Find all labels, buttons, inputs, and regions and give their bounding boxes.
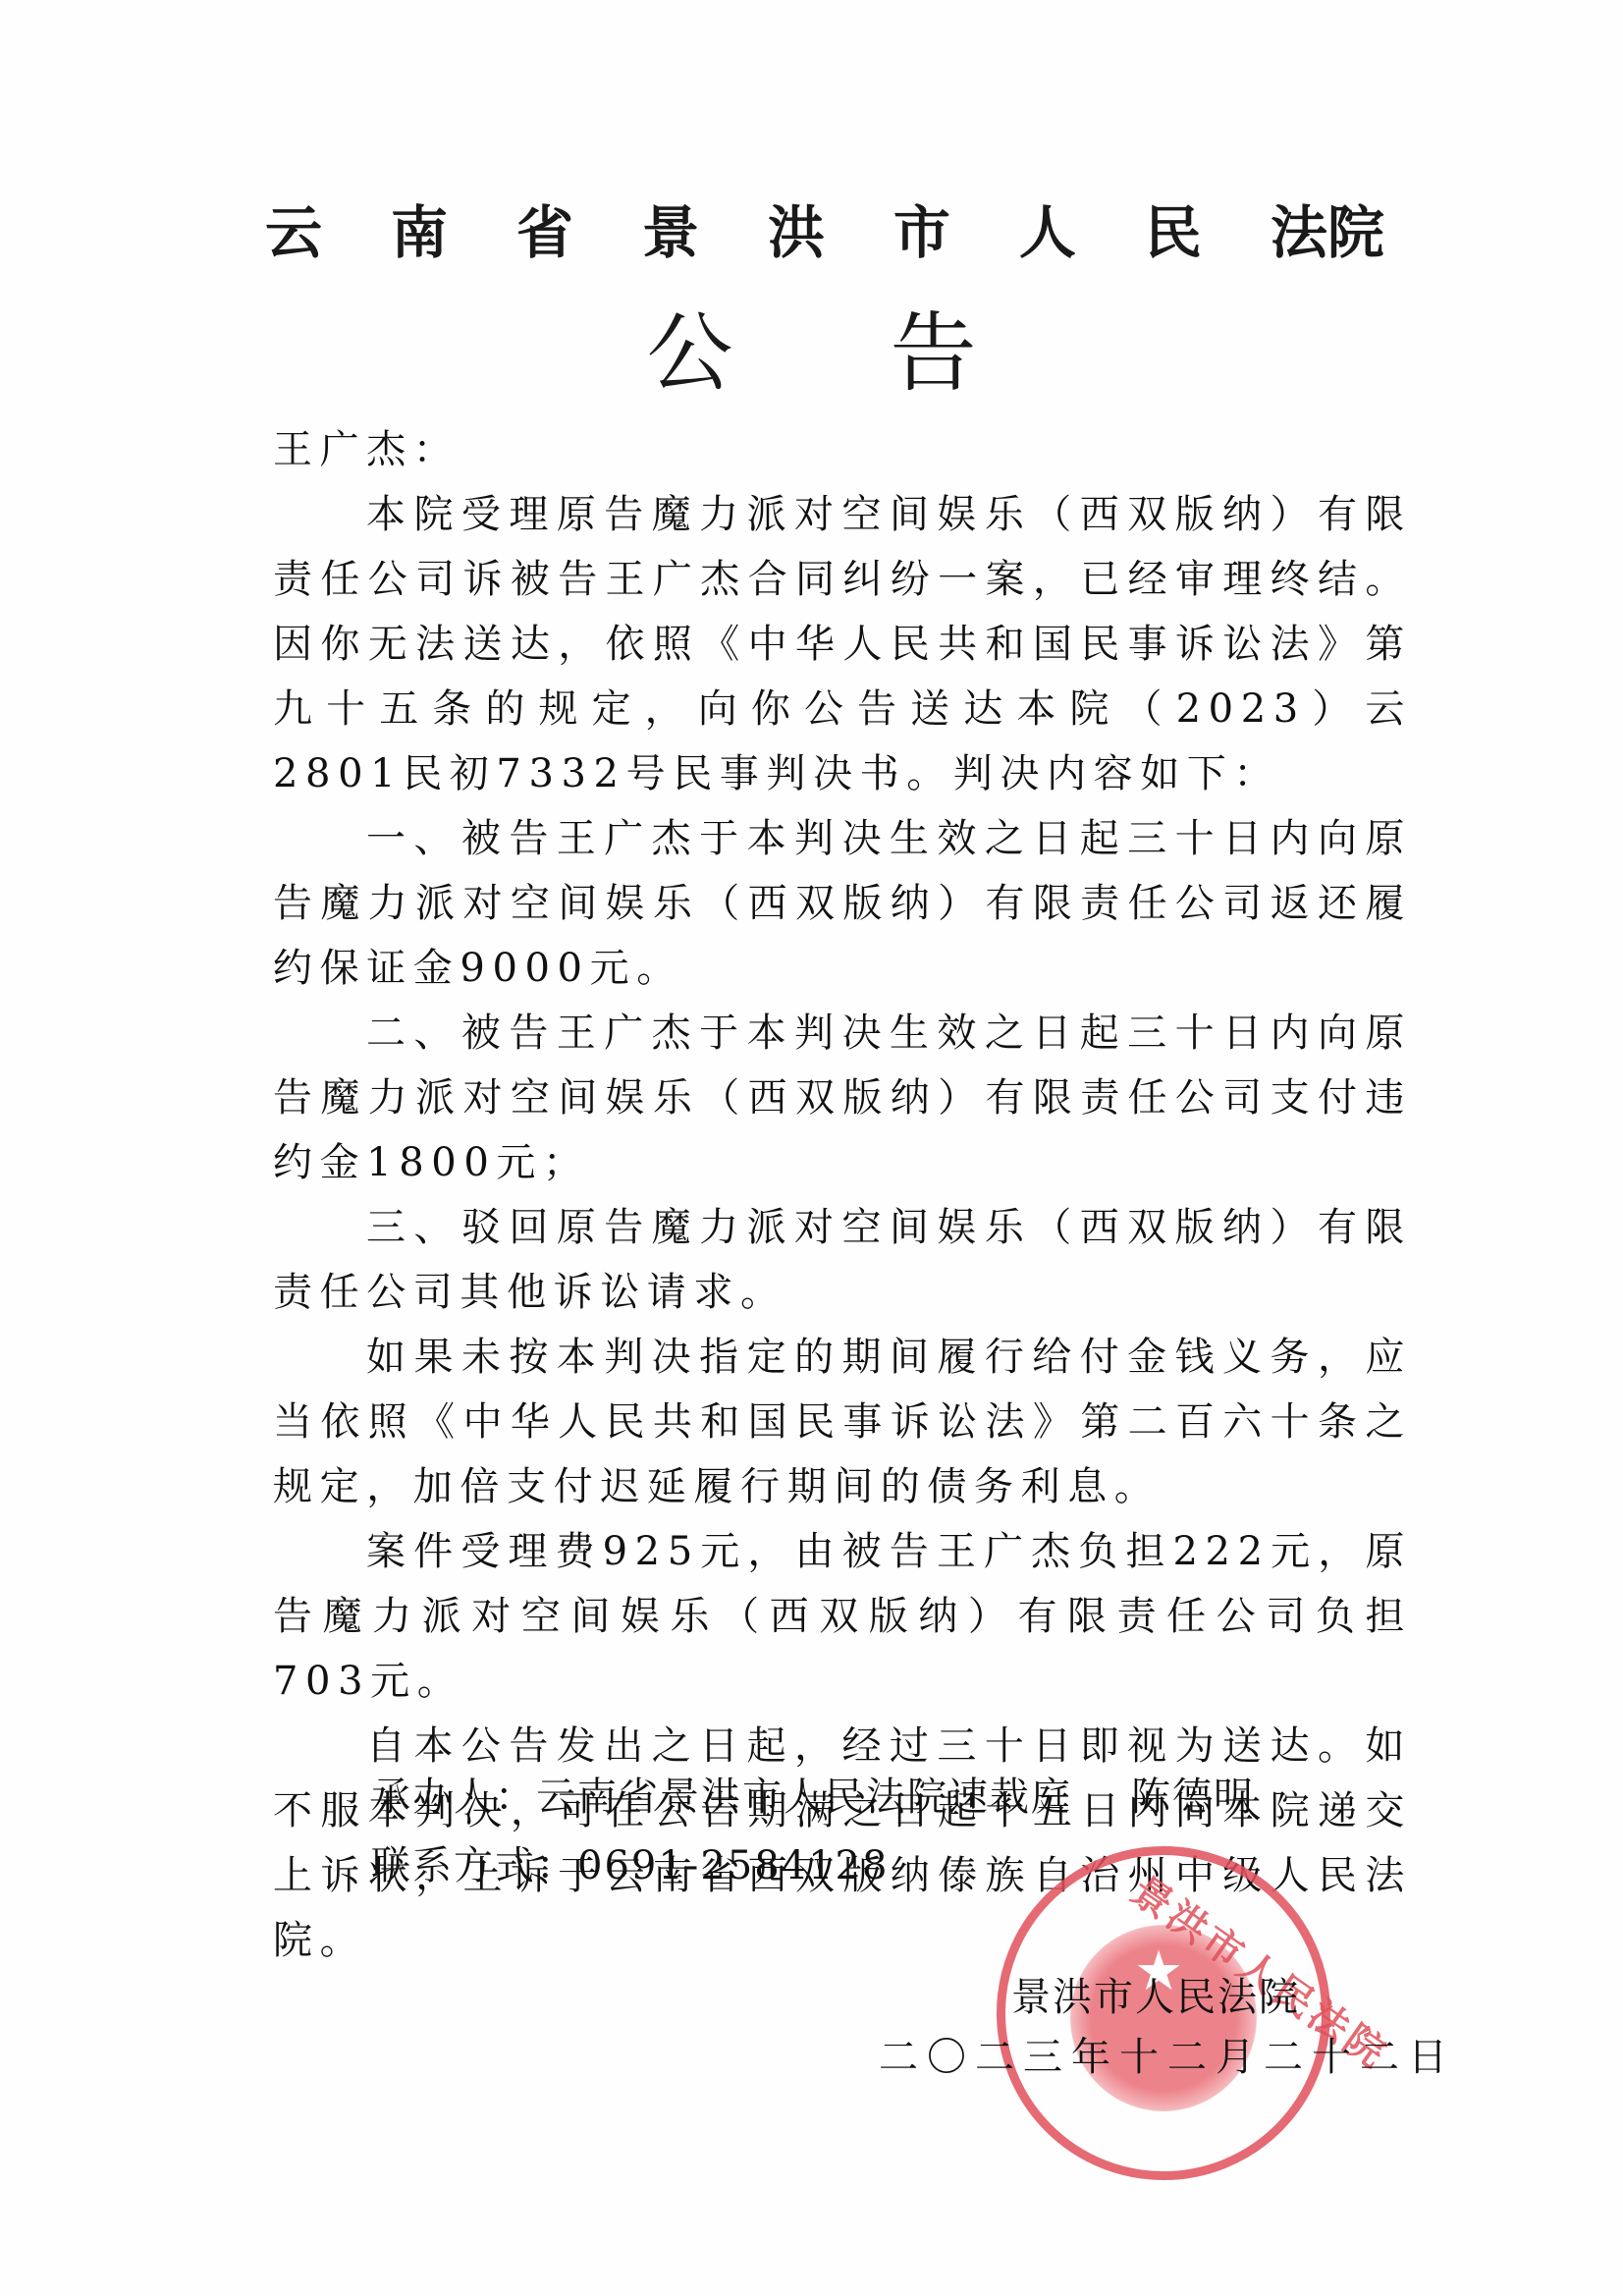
court-announcement-page: 云 南 省 景 洪 市 人 民 法院 公告 王广杰： 本院受理原告魔力派对空间娱… xyxy=(0,0,1623,2296)
handler-label: 承办人： xyxy=(371,1775,536,1820)
title-char: 市 xyxy=(893,187,950,269)
signature-date: 二〇二三年十二月二十二日 xyxy=(879,2026,1456,2082)
handler-department: 云南省景洪市人民法院速裁庭 xyxy=(536,1775,1072,1820)
court-name-title: 云 南 省 景 洪 市 人 民 法院 xyxy=(265,187,1384,269)
document-type-heading: 公告 xyxy=(0,285,1623,409)
announcement-body: 王广杰： 本院受理原告魔力派对空间娱乐（西双版纳）有限责任公司诉被告王广杰合同纠… xyxy=(273,417,1412,1973)
title-char: 民 xyxy=(1145,187,1202,269)
paragraph-ruling-3: 三、驳回原告魔力派对空间娱乐（西双版纳）有限责任公司其他诉讼请求。 xyxy=(273,1195,1412,1325)
paragraph-ruling-1: 一、被告王广杰于本判决生效之日起三十日内向原告魔力派对空间娱乐（西双版纳）有限责… xyxy=(273,806,1412,1001)
phone-number: 0691-2584128 xyxy=(577,1843,889,1888)
title-char: 人 xyxy=(1019,187,1076,269)
title-char: 景 xyxy=(642,187,699,269)
phone-label: 联系方式： xyxy=(371,1843,577,1888)
title-char: 南 xyxy=(391,187,448,269)
title-char: 法院 xyxy=(1271,187,1384,269)
paragraph-ruling-2: 二、被告王广杰于本判决生效之日起三十日内向原告魔力派对空间娱乐（西双版纳）有限责… xyxy=(273,1001,1412,1195)
handler-name: 陈德明 xyxy=(1131,1775,1255,1820)
title-char: 云 xyxy=(265,187,322,269)
paragraph-late-interest: 如果未按本判决指定的期间履行给付金钱义务，应当依照《中华人民共和国民事诉讼法》第… xyxy=(273,1325,1412,1519)
paragraph-case-intro: 本院受理原告魔力派对空间娱乐（西双版纳）有限责任公司诉被告王广杰合同纠纷一案，已… xyxy=(273,482,1412,806)
paragraph-court-fee: 案件受理费925元，由被告王广杰负担222元，原告魔力派对空间娱乐（西双版纳）有… xyxy=(273,1519,1412,1714)
title-char: 省 xyxy=(516,187,573,269)
addressee: 王广杰： xyxy=(273,417,1412,482)
title-char: 洪 xyxy=(768,187,825,269)
handler-row: 承办人：云南省景洪市人民法院速裁庭陈德明 xyxy=(371,1763,1353,1831)
signature-organization: 景洪市人民法院 xyxy=(1011,1966,1300,2022)
